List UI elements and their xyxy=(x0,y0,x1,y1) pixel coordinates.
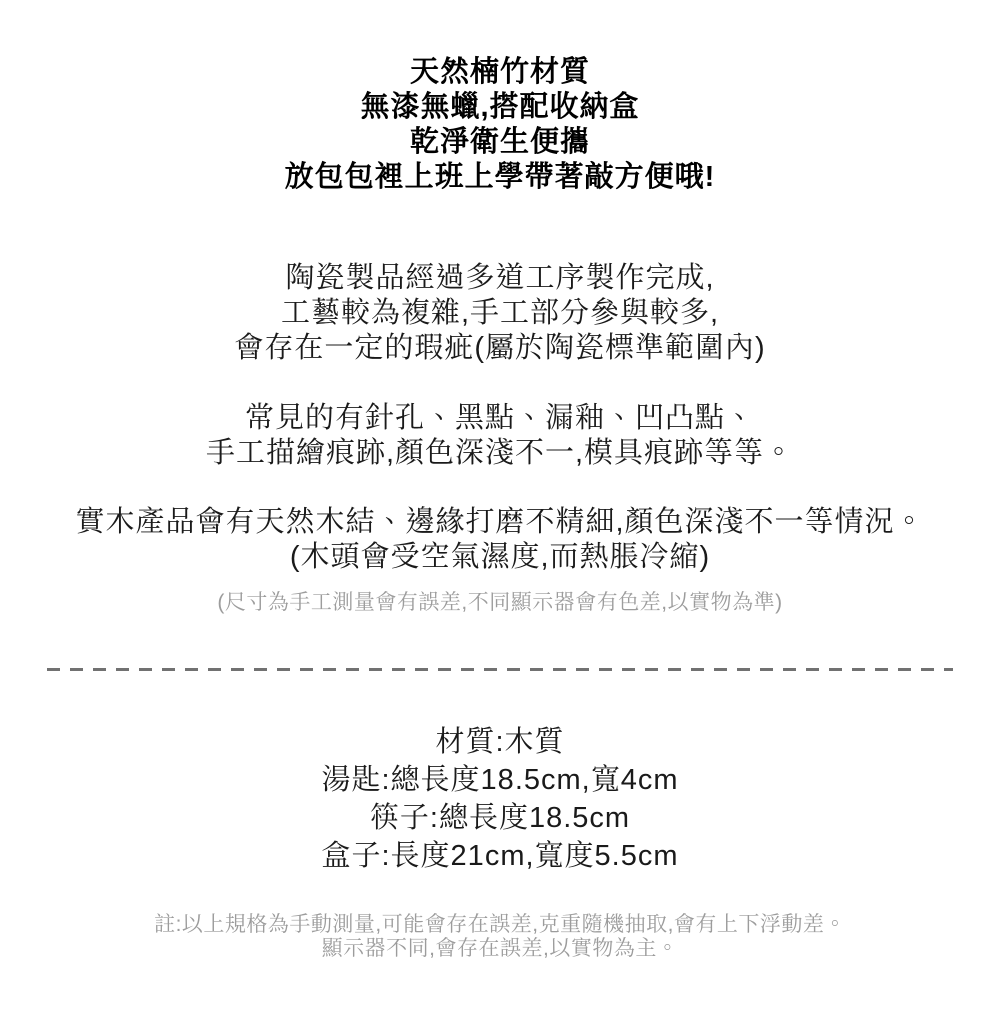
product-description-page: 天然楠竹材質 無漆無蠟,搭配收納盒 乾淨衛生便攜 放包包裡上班上學帶著敲方便哦!… xyxy=(0,0,1000,1029)
ceramic-note-line: 工藝較為複雜,手工部分參與較多, xyxy=(0,296,1000,331)
size-disclaimer: (尺寸為手工測量會有誤差,不同顯示器會有色差,以實物為準) xyxy=(0,590,1000,616)
ceramic-note-section: 陶瓷製品經過多道工序製作完成, 工藝較為複雜,手工部分參與較多, 會存在一定的瑕… xyxy=(0,261,1000,366)
footnote-section: 註:以上規格為手動測量,可能會存在誤差,克重隨機抽取,會有上下浮動差。 顯示器不… xyxy=(0,913,1000,961)
intro-line: 無漆無蠟,搭配收納盒 xyxy=(0,90,1000,125)
spec-material: 材質:木質 xyxy=(0,723,1000,761)
ceramic-note-line: 會存在一定的瑕疵(屬於陶瓷標準範圍內) xyxy=(0,331,1000,366)
intro-line: 放包包裡上班上學帶著敲方便哦! xyxy=(0,160,1000,195)
dashed-divider xyxy=(47,668,953,671)
spec-box: 盒子:長度21cm,寬度5.5cm xyxy=(0,837,1000,875)
spec-chopsticks: 筷子:總長度18.5cm xyxy=(0,799,1000,837)
footnote-line: 註:以上規格為手動測量,可能會存在誤差,克重隨機抽取,會有上下浮動差。 xyxy=(0,913,1000,937)
wood-note-section: 實木產品會有天然木結、邊緣打磨不精細,顏色深淺不一等情況。 (木頭會受空氣濕度,… xyxy=(0,505,1000,616)
defect-note-line: 手工描繪痕跡,顏色深淺不一,模具痕跡等等。 xyxy=(0,436,1000,471)
wood-note-line: 實木產品會有天然木結、邊緣打磨不精細,顏色深淺不一等情況。 xyxy=(0,505,1000,540)
specs-section: 材質:木質 湯匙:總長度18.5cm,寬4cm 筷子:總長度18.5cm 盒子:… xyxy=(0,723,1000,875)
intro-line: 天然楠竹材質 xyxy=(0,55,1000,90)
defect-note-line: 常見的有針孔、黑點、漏釉、凹凸點、 xyxy=(0,401,1000,436)
intro-line: 乾淨衛生便攜 xyxy=(0,125,1000,160)
spec-spoon: 湯匙:總長度18.5cm,寬4cm xyxy=(0,761,1000,799)
intro-section: 天然楠竹材質 無漆無蠟,搭配收納盒 乾淨衛生便攜 放包包裡上班上學帶著敲方便哦! xyxy=(0,55,1000,195)
ceramic-note-line: 陶瓷製品經過多道工序製作完成, xyxy=(0,261,1000,296)
footnote-line: 顯示器不同,會存在誤差,以實物為主。 xyxy=(0,937,1000,961)
wood-note-line: (木頭會受空氣濕度,而熱脹冷縮) xyxy=(0,540,1000,575)
defect-note-section: 常見的有針孔、黑點、漏釉、凹凸點、 手工描繪痕跡,顏色深淺不一,模具痕跡等等。 xyxy=(0,401,1000,471)
